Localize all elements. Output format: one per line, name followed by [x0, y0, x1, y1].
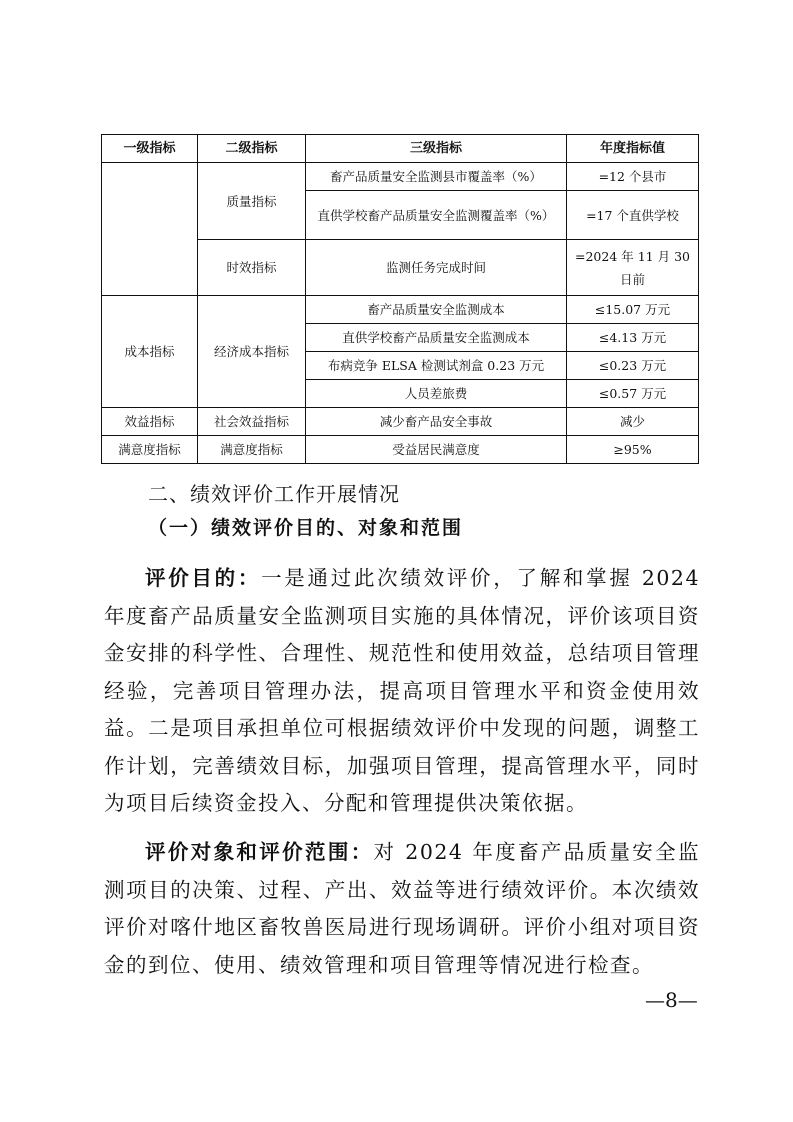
level3-cell: 人员差旅费 [306, 380, 567, 408]
value-cell: =17 个直供学校 [567, 191, 699, 240]
paragraph-label: 评价目的： [145, 566, 261, 590]
level1-satisfaction-cell: 满意度指标 [102, 436, 198, 464]
value-cell: ≤15.07 万元 [567, 296, 699, 324]
level2-economic-cost-cell: 经济成本指标 [198, 296, 306, 408]
paragraph-text: 一是通过此次绩效评价，了解和掌握 2024 年度畜产品质量安全监测项目实施的具体… [104, 566, 700, 815]
header-level1: 一级指标 [102, 135, 198, 163]
subsection-heading: （一）绩效评价目的、对象和范围 [148, 513, 463, 540]
table-header-row: 一级指标 二级指标 三级指标 年度指标值 [102, 135, 699, 163]
paragraph-evaluation-purpose: 评价目的：一是通过此次绩效评价，了解和掌握 2024 年度畜产品质量安全监测项目… [104, 560, 700, 823]
table-row: 质量指标 畜产品质量安全监测县市覆盖率（%） =12 个县市 [102, 163, 699, 191]
paragraph-evaluation-scope: 评价对象和评价范围：对 2024 年度畜产品质量安全监测项目的决策、过程、产出、… [104, 834, 700, 984]
value-cell: ≥95% [567, 436, 699, 464]
level3-cell: 监测任务完成时间 [306, 240, 567, 296]
level3-cell: 畜产品质量安全监测县市覆盖率（%） [306, 163, 567, 191]
value-cell: =2024 年 11 月 30 日前 [567, 240, 699, 296]
section-heading: 二、绩效评价工作开展情况 [148, 478, 400, 507]
level3-cell: 直供学校畜产品质量安全监测覆盖率（%） [306, 191, 567, 240]
level2-timeliness-cell: 时效指标 [198, 240, 306, 296]
level3-cell: 受益居民满意度 [306, 436, 567, 464]
level2-quality-cell: 质量指标 [198, 163, 306, 240]
level3-cell: 减少畜产品安全事故 [306, 408, 567, 436]
document-page: 一级指标 二级指标 三级指标 年度指标值 质量指标 畜产品质量安全监测县市覆盖率… [0, 0, 793, 1122]
level2-satisfaction-cell: 满意度指标 [198, 436, 306, 464]
level1-benefit-cell: 效益指标 [102, 408, 198, 436]
header-level2: 二级指标 [198, 135, 306, 163]
value-cell: ≤0.57 万元 [567, 380, 699, 408]
header-level3: 三级指标 [306, 135, 567, 163]
table-row: 效益指标 社会效益指标 减少畜产品安全事故 减少 [102, 408, 699, 436]
paragraph-label: 评价对象和评价范围： [145, 840, 374, 864]
value-cell: ≤4.13 万元 [567, 324, 699, 352]
level2-social-benefit-cell: 社会效益指标 [198, 408, 306, 436]
level3-cell: 直供学校畜产品质量安全监测成本 [306, 324, 567, 352]
table-row: 满意度指标 满意度指标 受益居民满意度 ≥95% [102, 436, 699, 464]
header-annual-value: 年度指标值 [567, 135, 699, 163]
value-cell: ≤0.23 万元 [567, 352, 699, 380]
value-cell: =12 个县市 [567, 163, 699, 191]
level1-cost-cell: 成本指标 [102, 296, 198, 408]
level3-cell: 畜产品质量安全监测成本 [306, 296, 567, 324]
performance-indicator-table: 一级指标 二级指标 三级指标 年度指标值 质量指标 畜产品质量安全监测县市覆盖率… [101, 134, 699, 464]
page-number: —8— [645, 988, 698, 1012]
value-cell: 减少 [567, 408, 699, 436]
level3-cell: 布病竞争 ELSA 检测试剂盒 0.23 万元 [306, 352, 567, 380]
level1-output-cell [102, 163, 198, 296]
table-row: 成本指标 经济成本指标 畜产品质量安全监测成本 ≤15.07 万元 [102, 296, 699, 324]
